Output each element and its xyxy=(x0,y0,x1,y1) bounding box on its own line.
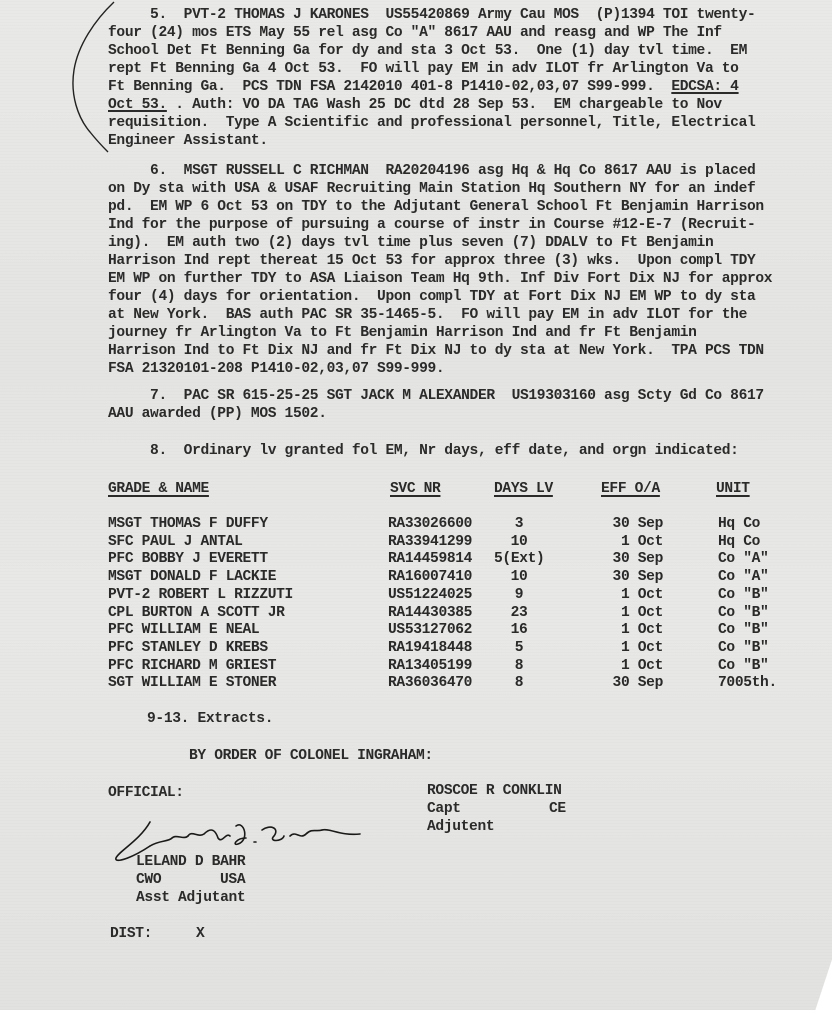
adjutant-name: ROSCOE R CONKLIN xyxy=(427,782,562,800)
table-row: PFC WILLIAM E NEALUS53127062161 OctCo "B… xyxy=(0,622,838,641)
dist-label: DIST: xyxy=(110,925,152,943)
cell-svc-nr: RA19418448 xyxy=(388,640,472,656)
paragraph-6: 6. MSGT RUSSELL C RICHMAN RA20204196 asg… xyxy=(108,162,798,378)
header-eff-oa: EFF O/A xyxy=(601,481,660,497)
cell-grade-name: PFC RICHARD M GRIEST xyxy=(108,658,276,674)
cell-svc-nr: US51224025 xyxy=(388,587,472,603)
p6-line-6: Harrison Ind rept thereat 15 Oct 53 for … xyxy=(108,252,798,270)
adjutant-title: Adjutent xyxy=(427,818,494,836)
cell-eff-oa: 1 Oct xyxy=(585,640,663,656)
p7-line-1: 7. PAC SR 615-25-25 SGT JACK M ALEXANDER… xyxy=(108,387,798,405)
by-order-line: BY ORDER OF COLONEL INGRAHAM: xyxy=(189,747,433,765)
cell-unit: Co "A" xyxy=(718,569,768,585)
document-page: 5. PVT-2 THOMAS J KARONES US55420869 Arm… xyxy=(0,0,832,1010)
cell-unit: Co "B" xyxy=(718,587,768,603)
cell-svc-nr: RA13405199 xyxy=(388,658,472,674)
table-row: SFC PAUL J ANTALRA33941299101 OctHq Co xyxy=(0,534,838,553)
paragraph-7: 7. PAC SR 615-25-25 SGT JACK M ALEXANDER… xyxy=(108,387,798,423)
header-days-lv: DAYS LV xyxy=(494,481,553,497)
cell-days-lv: 16 xyxy=(494,622,544,638)
cell-eff-oa: 30 Sep xyxy=(585,675,663,691)
cell-grade-name: PFC WILLIAM E NEAL xyxy=(108,622,259,638)
table-row: PVT-2 ROBERT L RIZZUTIUS5122402591 OctCo… xyxy=(0,587,838,606)
official-label: OFFICIAL: xyxy=(108,784,184,802)
cell-grade-name: CPL BURTON A SCOTT JR xyxy=(108,605,285,621)
cell-grade-name: PFC BOBBY J EVERETT xyxy=(108,551,268,567)
cell-eff-oa: 30 Sep xyxy=(585,516,663,532)
paragraph-5: 5. PVT-2 THOMAS J KARONES US55420869 Arm… xyxy=(108,6,798,150)
cell-unit: Co "A" xyxy=(718,551,768,567)
p5-line-7: requisition. Type A Scientific and profe… xyxy=(108,114,798,132)
cell-days-lv: 3 xyxy=(494,516,544,532)
extracts-line: 9-13. Extracts. xyxy=(147,710,273,728)
p6-line-11: Harrison Ind to Ft Dix NJ and fr Ft Dix … xyxy=(108,342,798,360)
p7-line-2: AAU awarded (PP) MOS 1502. xyxy=(108,405,798,423)
p6-line-12: FSA 21320101-208 P1410-02,03,07 S99-999. xyxy=(108,360,798,378)
p5-line-6-text: . Auth: VO DA TAG Wash 25 DC dtd 28 Sep … xyxy=(167,97,722,113)
p5-line-6: Oct 53. . Auth: VO DA TAG Wash 25 DC dtd… xyxy=(108,96,798,114)
cell-svc-nr: US53127062 xyxy=(388,622,472,638)
header-svc-nr: SVC NR xyxy=(390,481,440,497)
cell-grade-name: MSGT THOMAS F DUFFY xyxy=(108,516,268,532)
cell-unit: Co "B" xyxy=(718,640,768,656)
cell-unit: Hq Co xyxy=(718,534,760,550)
cell-grade-name: SFC PAUL J ANTAL xyxy=(108,534,243,550)
p6-line-1: 6. MSGT RUSSELL C RICHMAN RA20204196 asg… xyxy=(108,162,798,180)
asst-adjutant-title: Asst Adjutant xyxy=(136,889,245,907)
p5-line-8: Engineer Assistant. xyxy=(108,132,798,150)
p6-line-9: at New York. BAS auth PAC SR 35-1465-5. … xyxy=(108,306,798,324)
asst-adjutant-branch: USA xyxy=(220,871,245,889)
cell-svc-nr: RA33026600 xyxy=(388,516,472,532)
cell-eff-oa: 1 Oct xyxy=(585,658,663,674)
cell-days-lv: 23 xyxy=(494,605,544,621)
cell-unit: 7005th. xyxy=(718,675,777,691)
cell-unit: Co "B" xyxy=(718,605,768,621)
p5-line-3: School Det Ft Benning Ga for dy and sta … xyxy=(108,42,798,60)
adjutant-rank: Capt xyxy=(427,800,461,818)
paragraph-8: 8. Ordinary lv granted fol EM, Nr days, … xyxy=(108,442,798,460)
cell-unit: Hq Co xyxy=(718,516,760,532)
handwritten-signature xyxy=(0,0,838,1024)
cell-svc-nr: RA16007410 xyxy=(388,569,472,585)
cell-svc-nr: RA33941299 xyxy=(388,534,472,550)
edcsa-underlined-part2: Oct 53. xyxy=(108,97,167,113)
header-grade-name: GRADE & NAME xyxy=(108,481,209,497)
cell-grade-name: MSGT DONALD F LACKIE xyxy=(108,569,276,585)
cell-days-lv: 5 xyxy=(494,640,544,656)
cell-grade-name: SGT WILLIAM E STONER xyxy=(108,675,276,691)
p5-line-5-text: Ft Benning Ga. PCS TDN FSA 2142010 401-8… xyxy=(108,79,671,95)
cell-eff-oa: 1 Oct xyxy=(585,534,663,550)
dist-value: X xyxy=(196,925,204,943)
p8-line-1: 8. Ordinary lv granted fol EM, Nr days, … xyxy=(108,442,798,460)
table-row: MSGT THOMAS F DUFFYRA33026600330 SepHq C… xyxy=(0,516,838,535)
table-row: PFC RICHARD M GRIESTRA1340519981 OctCo "… xyxy=(0,658,838,677)
cell-svc-nr: RA36036470 xyxy=(388,675,472,691)
cell-grade-name: PVT-2 ROBERT L RIZZUTI xyxy=(108,587,293,603)
cell-days-lv: 8 xyxy=(494,675,544,691)
p5-line-1: 5. PVT-2 THOMAS J KARONES US55420869 Arm… xyxy=(108,6,798,24)
table-row: PFC STANLEY D KREBSRA1941844851 OctCo "B… xyxy=(0,640,838,659)
cell-eff-oa: 1 Oct xyxy=(585,587,663,603)
cell-days-lv: 9 xyxy=(494,587,544,603)
cell-svc-nr: RA14430385 xyxy=(388,605,472,621)
asst-adjutant-name: LELAND D BAHR xyxy=(136,853,245,871)
cell-days-lv: 10 xyxy=(494,534,544,550)
cell-svc-nr: RA14459814 xyxy=(388,551,472,567)
table-row: MSGT DONALD F LACKIERA160074101030 SepCo… xyxy=(0,569,838,588)
cell-days-lv: 5(Ext) xyxy=(494,551,544,567)
p6-line-2: on Dy sta with USA & USAF Recruiting Mai… xyxy=(108,180,798,198)
cell-days-lv: 8 xyxy=(494,658,544,674)
p6-line-8: four (4) days for orientation. Upon comp… xyxy=(108,288,798,306)
table-row: PFC BOBBY J EVERETTRA144598145(Ext)30 Se… xyxy=(0,551,838,570)
p6-line-7: EM WP on further TDY to ASA Liaison Team… xyxy=(108,270,798,288)
cell-eff-oa: 30 Sep xyxy=(585,551,663,567)
cell-eff-oa: 1 Oct xyxy=(585,622,663,638)
cell-unit: Co "B" xyxy=(718,658,768,674)
table-row: SGT WILLIAM E STONERRA36036470830 Sep700… xyxy=(0,675,838,694)
header-unit: UNIT xyxy=(716,481,750,497)
table-row: CPL BURTON A SCOTT JRRA14430385231 OctCo… xyxy=(0,605,838,624)
asst-adjutant-rank: CWO xyxy=(136,871,161,889)
cell-grade-name: PFC STANLEY D KREBS xyxy=(108,640,268,656)
p6-line-5: ing). EM auth two (2) days tvl time plus… xyxy=(108,234,798,252)
p5-line-5: Ft Benning Ga. PCS TDN FSA 2142010 401-8… xyxy=(108,78,798,96)
p6-line-10: journey fr Arlington Va to Ft Benjamin H… xyxy=(108,324,798,342)
p6-line-4: Ind for the purpose of pursuing a course… xyxy=(108,216,798,234)
p5-line-4: rept Ft Benning Ga 4 Oct 53. FO will pay… xyxy=(108,60,798,78)
p6-line-3: pd. EM WP 6 Oct 53 on TDY to the Adjutan… xyxy=(108,198,798,216)
p5-line-2: four (24) mos ETS May 55 rel asg Co "A" … xyxy=(108,24,798,42)
cell-days-lv: 10 xyxy=(494,569,544,585)
cell-eff-oa: 30 Sep xyxy=(585,569,663,585)
edcsa-underlined-part1: EDCSA: 4 xyxy=(671,79,738,95)
cell-unit: Co "B" xyxy=(718,622,768,638)
cell-eff-oa: 1 Oct xyxy=(585,605,663,621)
adjutant-branch: CE xyxy=(549,800,566,818)
